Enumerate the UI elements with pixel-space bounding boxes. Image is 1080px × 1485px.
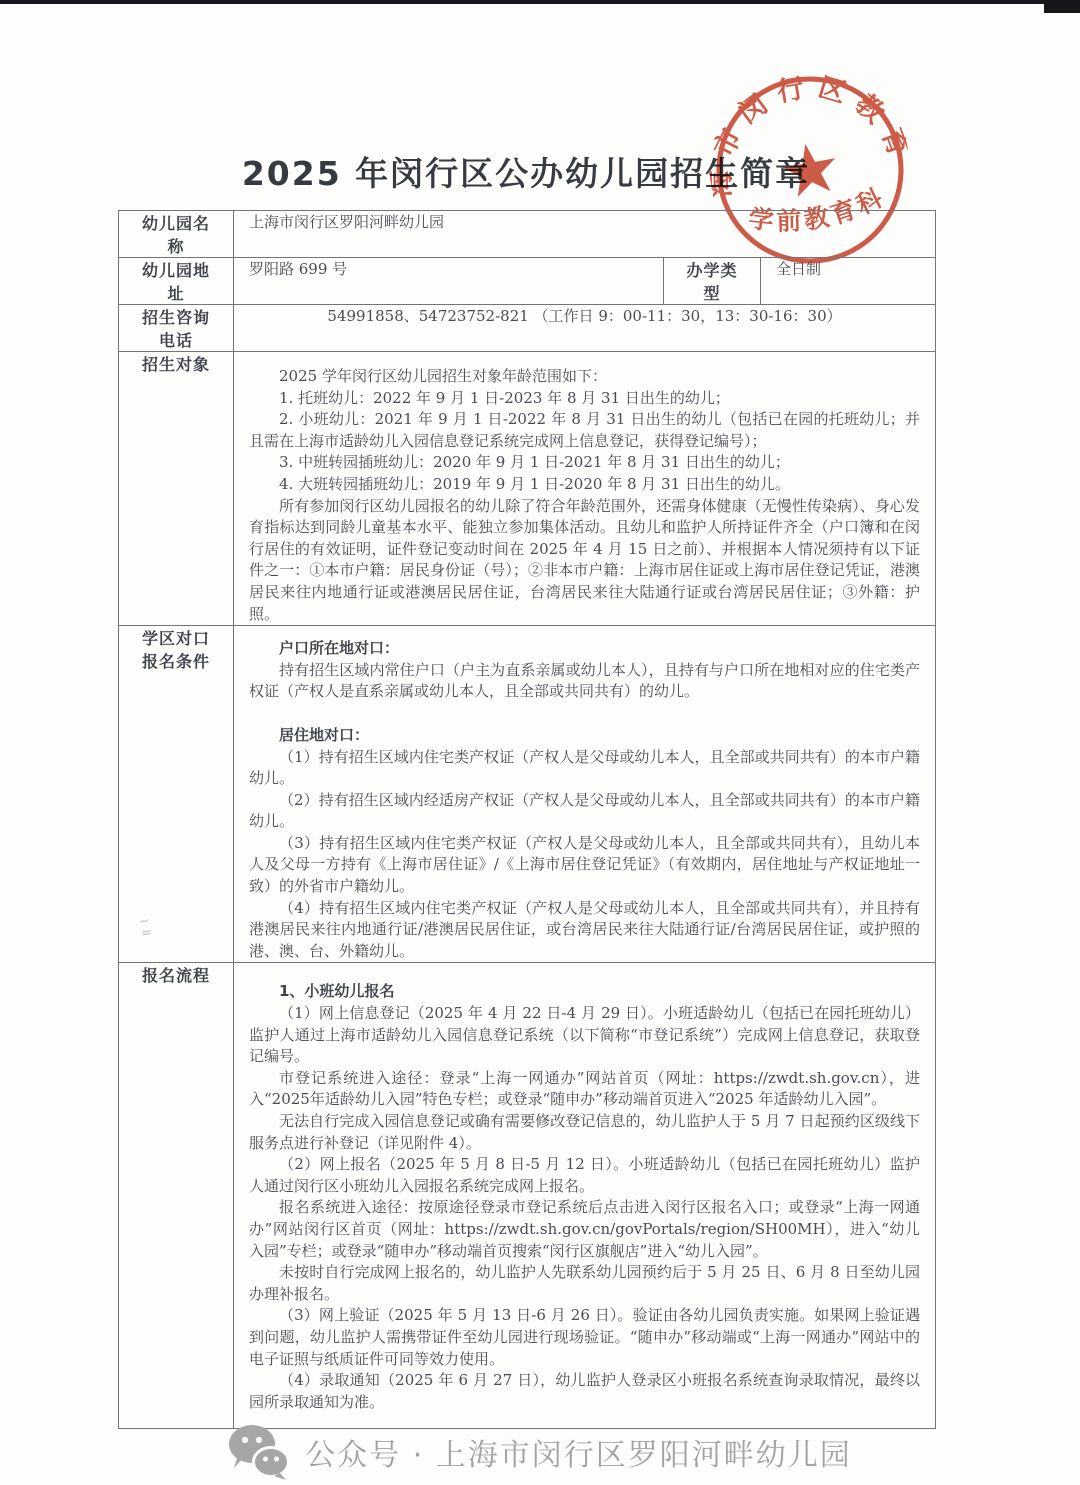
- paragraph: 未按时自行完成网上报名的，幼儿监护人先联系幼儿园预约后于 5 月 25 日、6 …: [249, 1262, 920, 1305]
- paragraph: 所有参加闵行区幼儿园报名的幼儿除了符合年龄范围外，还需身体健康（无慢性传染病）、…: [249, 496, 920, 626]
- table-row-enrollment-target: 招生对象 2025 学年闵行区幼儿园招生对象年龄范围如下： 1. 托班幼儿：20…: [119, 352, 936, 626]
- district-conditions-content: 户口所在地对口： 持有招生区域内常住户口（户主为直系亲属或幼儿本人），且持有与户…: [234, 626, 936, 963]
- paragraph: （3）网上验证（2025 年 5 月 13 日-6 月 26 日）。验证由各幼儿…: [249, 1305, 920, 1370]
- application-process-content: 1、小班幼儿报名 （1）网上信息登记（2025 年 4 月 22 日-4 月 2…: [234, 963, 936, 1429]
- paragraph: 2. 小班幼儿：2021 年 9 月 1 日-2022 年 8 月 31 日出生…: [249, 409, 920, 452]
- paragraph: 3. 中班转园插班幼儿：2020 年 9 月 1 日-2021 年 8 月 31…: [249, 452, 920, 474]
- scan-corner-artifact: [1044, 0, 1080, 13]
- application-process-label: 报名流程: [119, 963, 234, 1429]
- section-heading: 居住地对口：: [249, 725, 920, 747]
- phone-value: 54991858、54723752-821 （工作日 9：00-11：30，13…: [234, 305, 936, 352]
- table-row-address: 幼儿园地址 罗阳路 699 号 办学类型 全日制: [119, 258, 936, 305]
- section-heading: 1、小班幼儿报名: [249, 981, 920, 1003]
- enrollment-target-content: 2025 学年闵行区幼儿园招生对象年龄范围如下： 1. 托班幼儿：2022 年 …: [234, 352, 936, 626]
- kindergarten-name-label: 幼儿园名称: [119, 211, 234, 258]
- spacer: [249, 703, 920, 725]
- table-row-application-process: 报名流程 1、小班幼儿报名 （1）网上信息登记（2025 年 4 月 22 日-…: [119, 963, 936, 1429]
- paragraph: 市登记系统进入途径：登录“上海一网通办”网站首页（网址：https://zwdt…: [249, 1068, 920, 1111]
- paragraph: （3）持有招生区域内住宅类产权证（产权人是父母或幼儿本人，且全部或共同共有），且…: [249, 833, 920, 898]
- section-heading: 户口所在地对口：: [249, 638, 920, 660]
- scan-edge-strip: [0, 0, 1080, 4]
- paragraph: （2）持有招生区域内经适房产权证（产权人是父母或幼儿本人，且全部或共同共有）的本…: [249, 790, 920, 833]
- paragraph: 1. 托班幼儿：2022 年 9 月 1 日-2023 年 8 月 31 日出生…: [249, 388, 920, 410]
- table-row-phone: 招生咨询电话 54991858、54723752-821 （工作日 9：00-1…: [119, 305, 936, 352]
- paragraph: 无法自行完成入园信息登记或确有需要修改登记信息的，幼儿监护人于 5 月 7 日起…: [249, 1111, 920, 1154]
- page-title: 2025 年闵行区公办幼儿园招生简章: [0, 148, 1066, 195]
- paragraph: （4）录取通知（2025 年 6 月 27 日），幼儿监护人登录区小班报名系统查…: [249, 1370, 920, 1413]
- paragraph: 持有招生区域内常住户口（户主为直系亲属或幼儿本人），且持有与户口所在地相对应的住…: [249, 660, 920, 703]
- school-type-value: 全日制: [761, 258, 936, 305]
- scanned-document-page: 2025 年闵行区公办幼儿园招生简章 上海市闵行区教育局 ★ 学前教育科 ~= …: [0, 0, 1080, 1485]
- address-label: 幼儿园地址: [119, 258, 234, 305]
- table-row-district-conditions: 学区对口 报名条件 户口所在地对口： 持有招生区域内常住户口（户主为直系亲属或幼…: [119, 626, 936, 963]
- paragraph: 2025 学年闵行区幼儿园招生对象年龄范围如下：: [249, 366, 920, 388]
- label-line: 学区对口: [142, 629, 210, 648]
- paragraph: （2）网上报名（2025 年 5 月 8 日-5 月 12 日）。小班适龄幼儿（…: [249, 1154, 920, 1197]
- district-conditions-label: 学区对口 报名条件: [119, 626, 234, 963]
- phone-label: 招生咨询电话: [119, 305, 234, 352]
- paragraph: 4. 大班转园插班幼儿：2019 年 9 月 1 日-2020 年 8 月 31…: [249, 474, 920, 496]
- info-table: 幼儿园名称 上海市闵行区罗阳河畔幼儿园 幼儿园地址 罗阳路 699 号 办学类型…: [118, 210, 936, 1429]
- paragraph: 报名系统进入途径：按原途径登录市登记系统后点击进入闵行区报名入口；或登录“上海一…: [249, 1197, 920, 1262]
- address-value: 罗阳路 699 号: [234, 258, 664, 305]
- paragraph: （1）持有招生区域内住宅类产权证（产权人是父母或幼儿本人，且全部或共同共有）的本…: [249, 747, 920, 790]
- wechat-icon: [228, 1424, 290, 1480]
- footer: 公众号 · 上海市闵行区罗阳河畔幼儿园: [0, 1424, 1080, 1480]
- enrollment-target-label: 招生对象: [119, 352, 234, 626]
- school-type-label: 办学类型: [664, 258, 761, 305]
- label-line: 报名条件: [142, 652, 210, 671]
- table-row-name: 幼儿园名称 上海市闵行区罗阳河畔幼儿园: [119, 211, 936, 258]
- footer-text: 公众号 · 上海市闵行区罗阳河畔幼儿园: [305, 1430, 852, 1474]
- kindergarten-name-value: 上海市闵行区罗阳河畔幼儿园: [234, 211, 936, 258]
- paragraph: （4）持有招生区域内住宅类产权证（产权人是父母或幼儿本人，且全部或共同共有），并…: [249, 898, 920, 963]
- paragraph: （1）网上信息登记（2025 年 4 月 22 日-4 月 29 日）。小班适龄…: [249, 1003, 920, 1068]
